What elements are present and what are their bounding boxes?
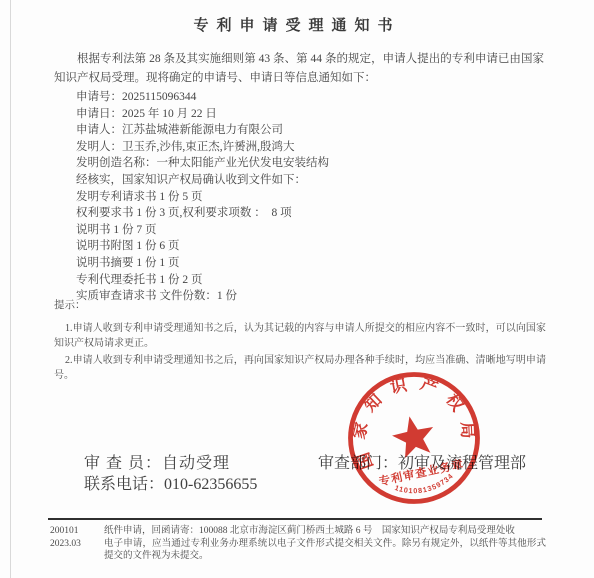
examiner-line: 审 查 员：自动受理 (84, 450, 230, 473)
notice-item-2: 2.申请人收到专利申请受理通知书之后，再向国家知识产权局办理各种手续时，均应当准… (54, 354, 546, 383)
seal-star-icon (389, 412, 438, 460)
footer-code-1: 200101 (50, 525, 81, 538)
document-item-description: 说明书 1 份 7 页 (76, 222, 536, 239)
application-number-line: 申请号：2025115096344 (76, 89, 536, 106)
document-item-claims: 权利要求书 1 份 3 页,权利要求项数 ： 8 项 (76, 205, 536, 222)
document-item-drawings: 说明书附图 1 份 6 页 (76, 238, 536, 255)
notice-item-1: 1.申请人收到专利申请受理通知书之后，认为其记载的内容与申请人所提交的相应内容不… (54, 322, 546, 351)
official-seal-stamp-icon: 国家知识产权局 专利审查业务章 1101081359734 (332, 356, 496, 520)
page-title: 专利申请受理通知书 (0, 14, 594, 35)
footer-code-2: 2023.03 (50, 538, 81, 551)
intro-paragraph: 根据专利法第 28 条及其实施细则第 43 条、第 44 条的规定，申请人提出的… (54, 50, 544, 88)
document-item-request: 发明专利请求书 1 份 5 页 (76, 189, 536, 206)
inventors-line: 发明人：卫玉乔,沙伟,束正杰,许赟洲,殷鸿大 (76, 139, 536, 156)
footer-divider (48, 518, 542, 520)
confirmation-line: 经核实，国家知识产权局确认收到文件如下： (76, 172, 536, 189)
application-date-line: 申请日：2025 年 10 月 22 日 (76, 106, 536, 123)
phone-value: 010-62356655 (164, 476, 257, 493)
notice-heading: 提示： (54, 299, 546, 313)
seal-banner-text: 专利审查业务章 (377, 457, 465, 489)
invention-title-line: 发明创造名称：一种太阳能产业光伏发电安装结构 (76, 155, 536, 172)
footer-form-codes: 200101 2023.03 (50, 525, 81, 550)
document-item-power-of-attorney: 专利代理委托书 1 份 2 页 (76, 272, 536, 289)
document-item-abstract: 说明书摘要 1 份 1 页 (76, 255, 536, 272)
notice-section: 提示： 1.申请人收到专利申请受理通知书之后，认为其记载的内容与申请人所提交的相… (54, 299, 546, 386)
scan-edge-line (10, 0, 11, 578)
examiner-label: 审 查 员： (84, 455, 162, 472)
examiner-value: 自动受理 (162, 455, 230, 472)
footer-instructions: 纸件申请，回函请寄：100088 北京市海淀区蓟门桥西土城路 6 号 国家知识产… (104, 525, 546, 563)
applicant-line: 申请人：江苏盐城港新能源电力有限公司 (76, 122, 536, 139)
phone-label: 联系电话： (84, 476, 164, 493)
application-info-list: 申请号：2025115096344 申请日：2025 年 10 月 22 日 申… (76, 89, 536, 305)
footer-paper-instruction: 纸件申请，回函请寄：100088 北京市海淀区蓟门桥西土城路 6 号 国家知识产… (104, 525, 546, 538)
footer-electronic-instruction: 电子申请，应当通过专利业务办理系统以电子文件形式提交相关文件。除另有规定外，以纸… (104, 538, 546, 563)
phone-line: 联系电话：010-62356655 (84, 471, 257, 494)
patent-acceptance-notice-page: 专利申请受理通知书 根据专利法第 28 条及其实施细则第 43 条、第 44 条… (0, 0, 594, 578)
